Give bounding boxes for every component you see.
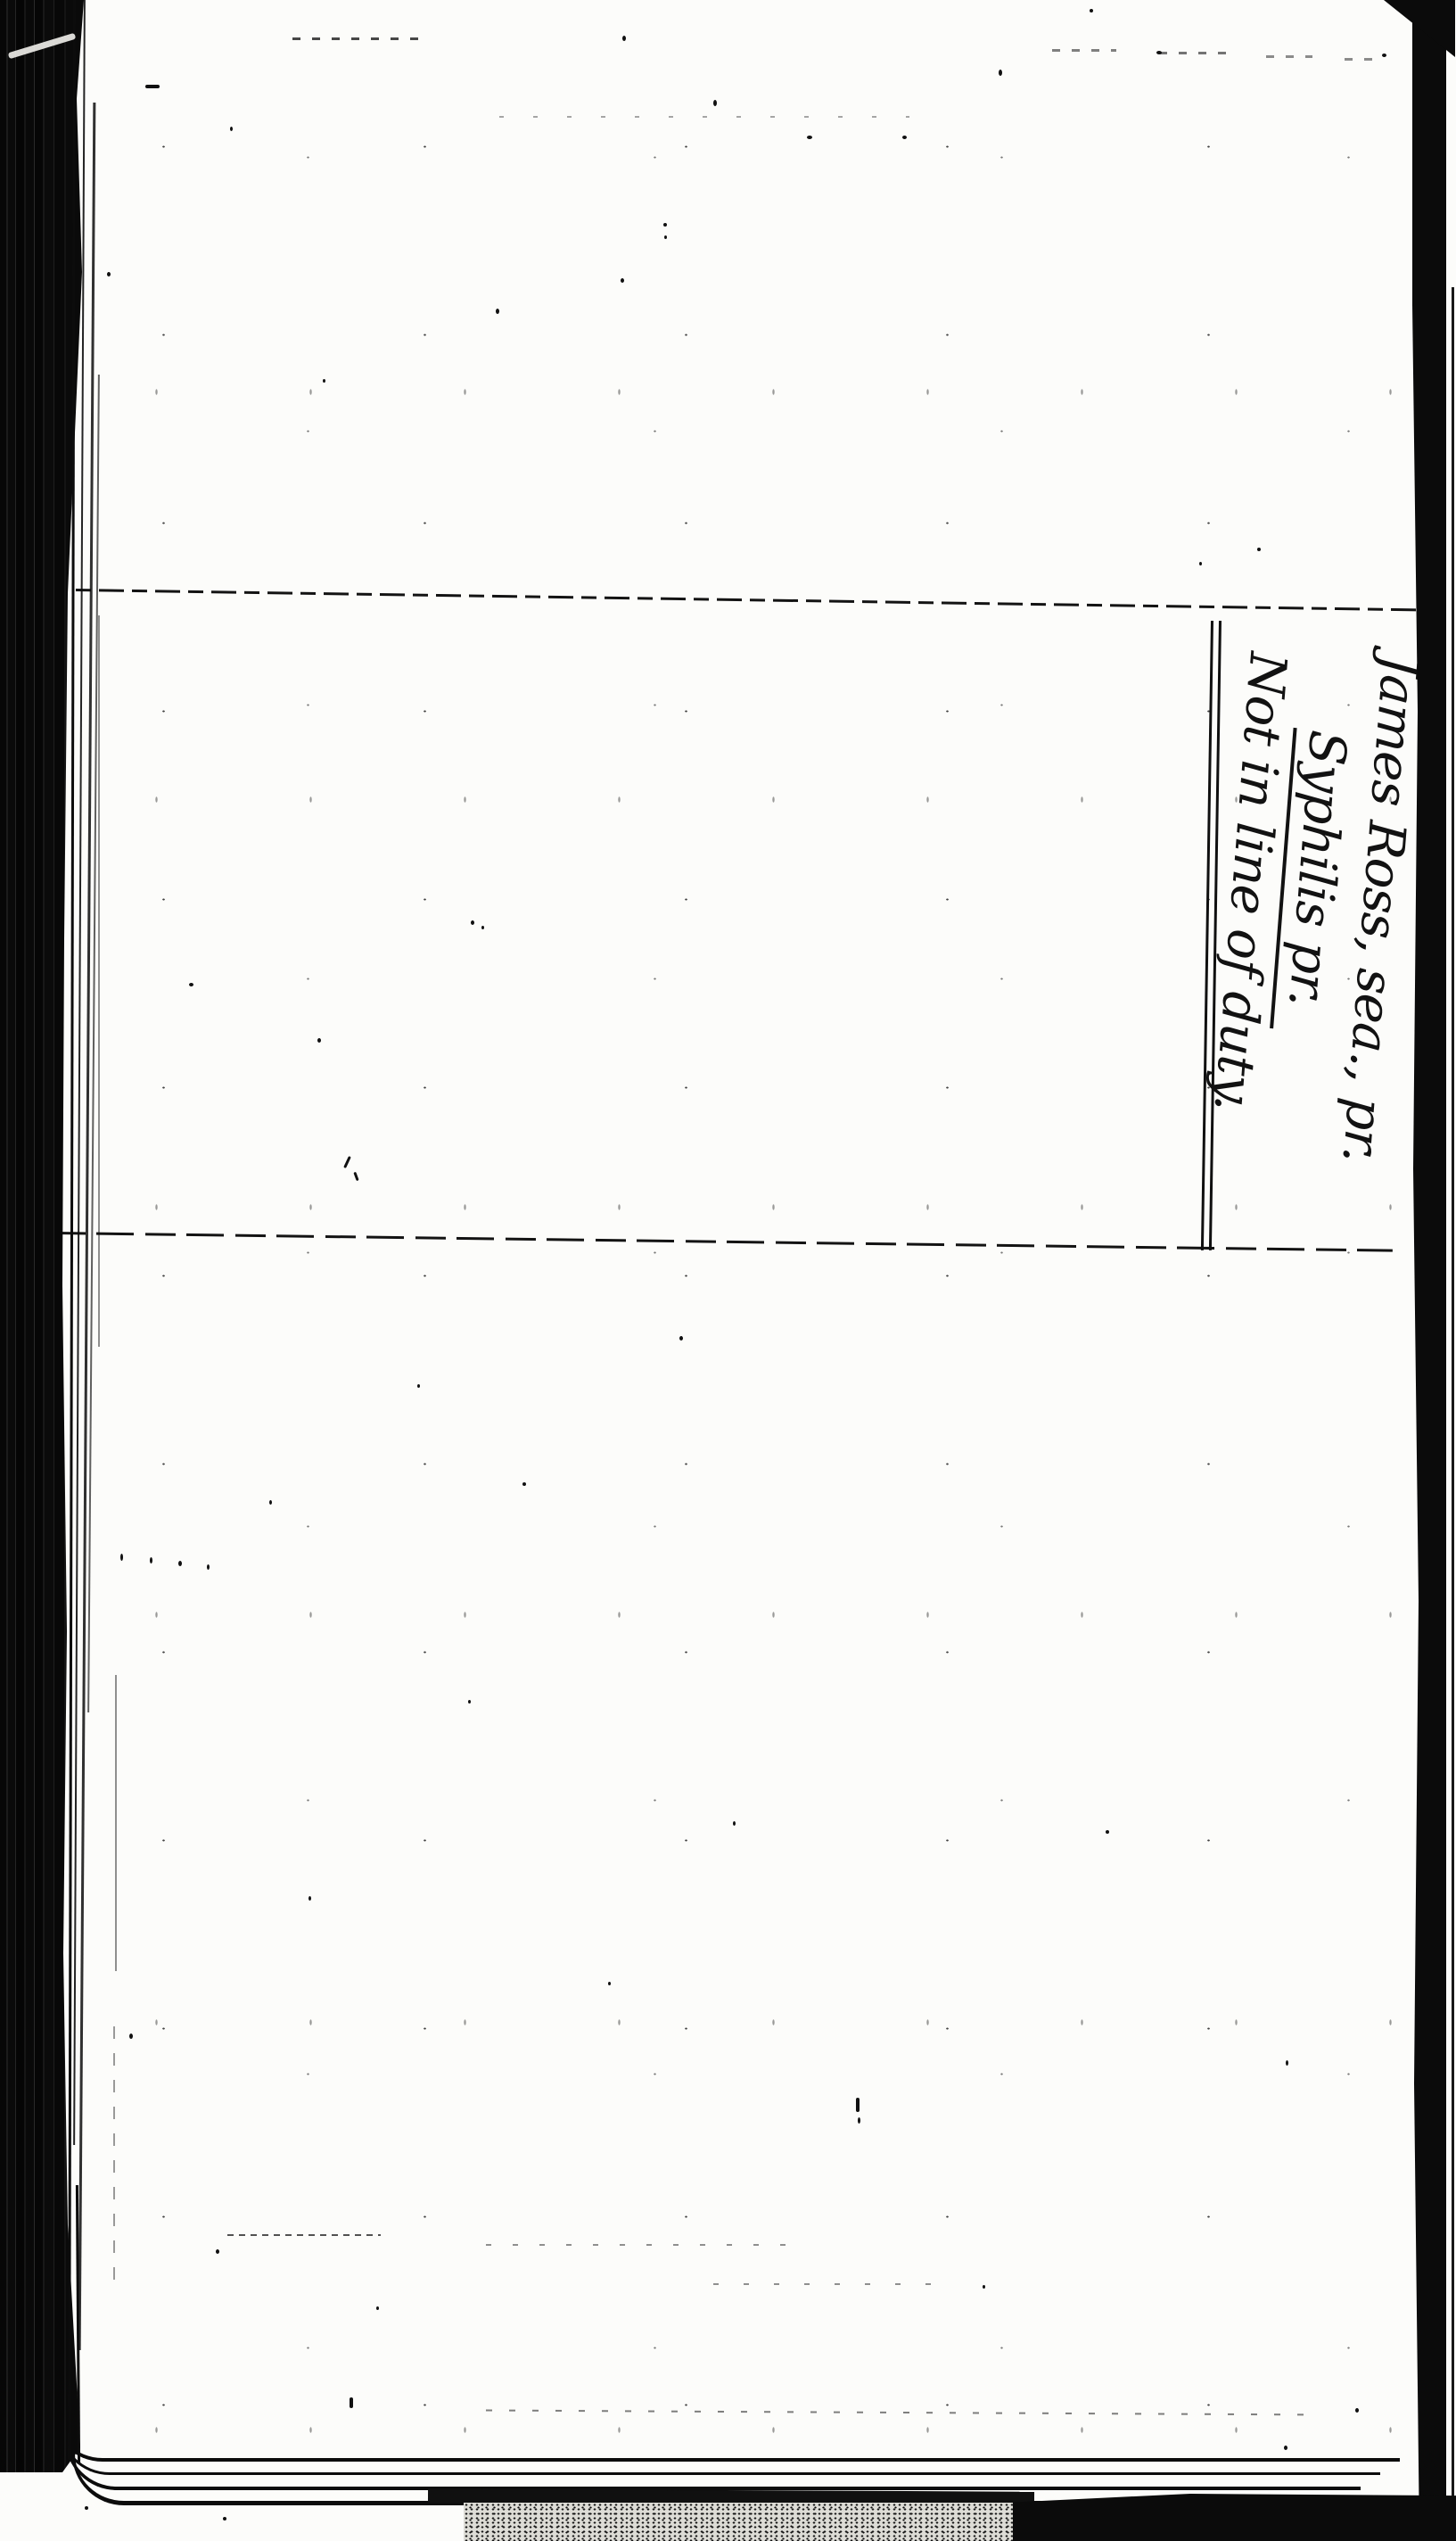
stray-dash-mark xyxy=(1159,52,1234,54)
bottom-right-scan-blob xyxy=(1013,2494,1456,2541)
scan-hairline xyxy=(113,2012,115,2280)
binding-fiber-streak xyxy=(98,615,100,1347)
stray-dotted-row xyxy=(713,2283,938,2285)
stray-dotted-row xyxy=(499,116,909,118)
stray-dash-mark xyxy=(1266,55,1312,58)
stray-dotted-row xyxy=(486,2244,807,2246)
right-page-edge-line xyxy=(1452,287,1454,2541)
page-edge-curve xyxy=(72,2387,1341,2505)
scan-hairline xyxy=(115,1675,117,1971)
entry-bottom-rule xyxy=(55,1232,1393,1252)
scanned-ledger-page: James Ross, sea., pr. Syphilis pr. Not i… xyxy=(0,0,1456,2541)
right-scan-band xyxy=(1412,0,1446,2541)
stray-dash-mark xyxy=(1052,49,1116,52)
handwritten-entry-block: James Ross, sea., pr. Syphilis pr. Not i… xyxy=(1196,634,1434,1166)
stray-dotted-row xyxy=(227,2234,381,2236)
entry-top-rule xyxy=(76,589,1418,611)
stray-dash-mark xyxy=(292,37,428,40)
stray-dash-mark xyxy=(1345,58,1375,61)
